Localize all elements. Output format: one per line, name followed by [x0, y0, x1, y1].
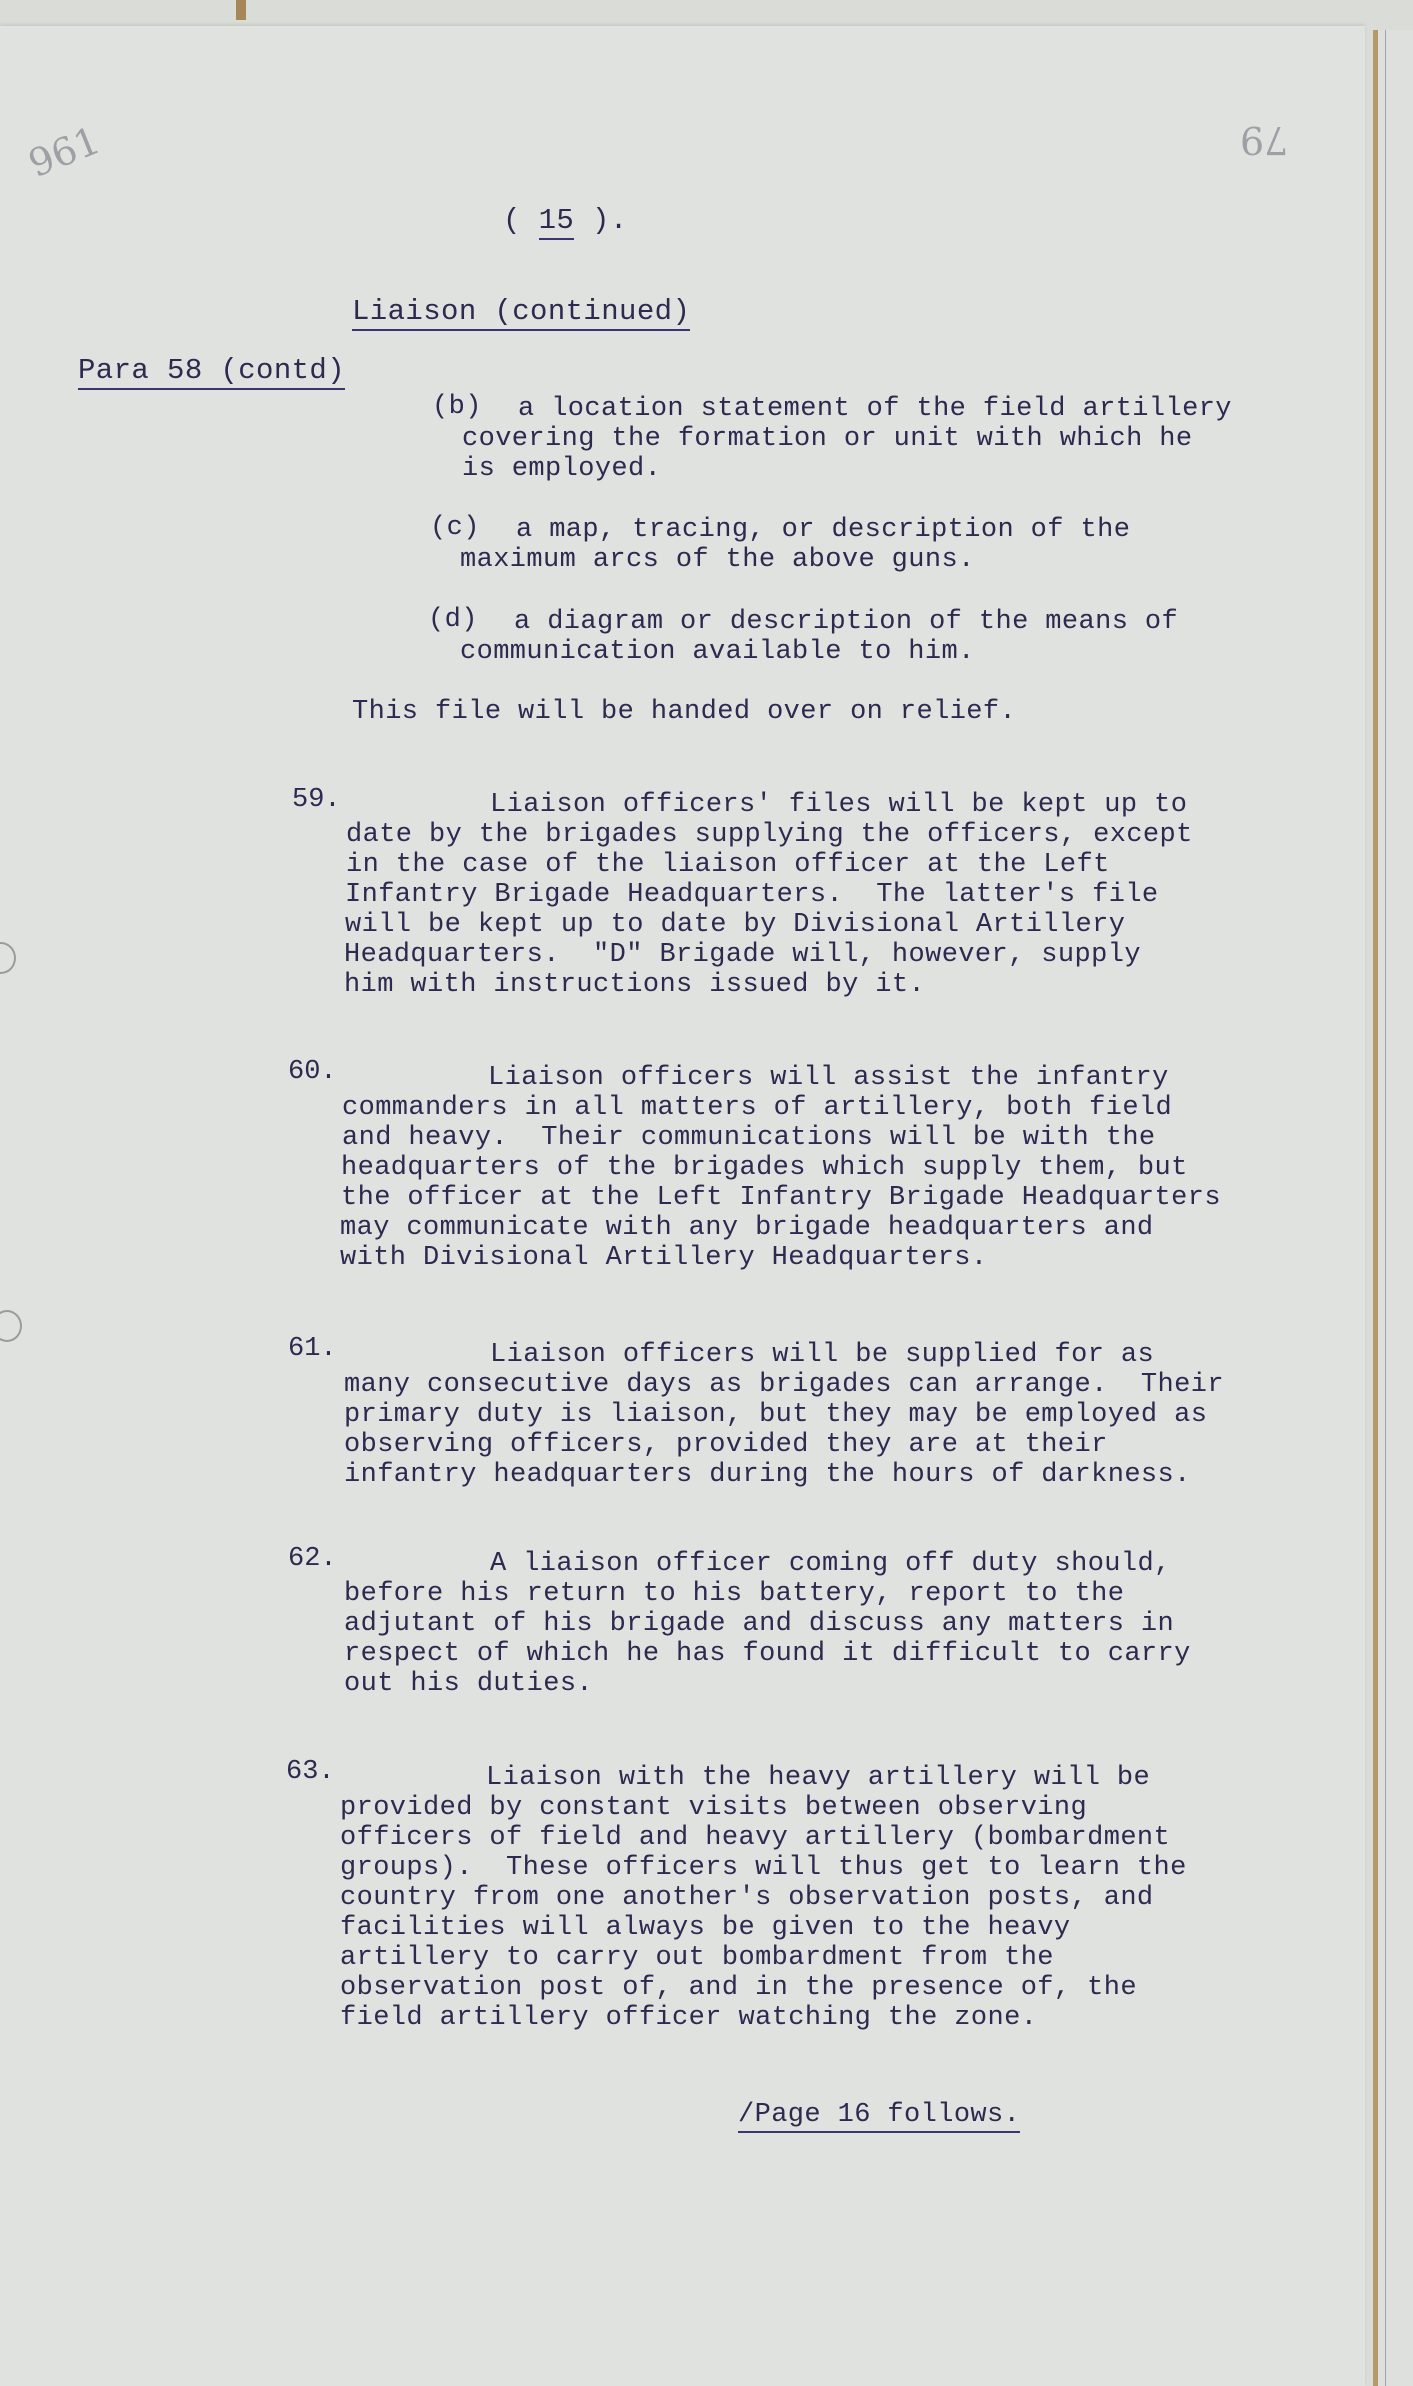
- sub-item-label: (b): [432, 392, 482, 422]
- sub-item-line: maximum arcs of the above guns.: [460, 545, 975, 575]
- sub-item-label: (d): [428, 605, 478, 635]
- sub-item-line: is employed.: [462, 454, 661, 484]
- paragraph-line: Headquarters. "D" Brigade will, however,…: [344, 940, 1141, 970]
- paragraph-line: A liaison officer coming off duty should…: [490, 1549, 1171, 1579]
- paragraph-line: groups). These officers will thus get to…: [340, 1853, 1187, 1883]
- paragraph-line: Infantry Brigade Headquarters. The latte…: [345, 880, 1159, 910]
- paragraph-line: artillery to carry out bombardment from …: [340, 1943, 1054, 1973]
- page-edge: [1373, 30, 1378, 2386]
- paragraph-line: out his duties.: [344, 1669, 593, 1699]
- paragraph-number: 63.: [286, 1757, 335, 1787]
- paragraph-line: adjutant of his brigade and discuss any …: [344, 1609, 1174, 1639]
- para-continued-label: Para 58 (contd): [78, 356, 345, 386]
- paragraph-line: officers of field and heavy artillery (b…: [340, 1823, 1170, 1853]
- paragraph-line: date by the brigades supplying the offic…: [346, 820, 1193, 850]
- sub-item-line: a diagram or description of the means of: [514, 607, 1178, 637]
- paragraph-line: respect of which he has found it difficu…: [344, 1639, 1191, 1669]
- paragraph-line: Liaison officers will assist the infantr…: [488, 1063, 1169, 1093]
- paragraph-line: headquarters of the brigades which suppl…: [341, 1153, 1188, 1183]
- paragraph-line: in the case of the liaison officer at th…: [346, 850, 1110, 880]
- paragraph-line: facilities will always be given to the h…: [340, 1913, 1071, 1943]
- paragraph-line: with Divisional Artillery Headquarters.: [340, 1243, 988, 1273]
- underlying-page: [1378, 30, 1413, 2386]
- paragraph-line: the officer at the Left Infantry Brigade…: [341, 1183, 1221, 1213]
- paragraph-line: Liaison officers' files will be kept up …: [490, 790, 1187, 820]
- handover-note: This file will be handed over on relief.: [352, 697, 1016, 727]
- sub-item-line: communication available to him.: [460, 637, 975, 667]
- binder-tab: [236, 0, 246, 20]
- section-heading: Liaison (continued): [352, 297, 690, 327]
- paragraph-line: primary duty is liaison, but they may be…: [344, 1400, 1207, 1430]
- paragraph-line: many consecutive days as brigades can ar…: [344, 1370, 1224, 1400]
- paragraph-line: observing officers, provided they are at…: [344, 1430, 1108, 1460]
- paragraph-line: before his return to his battery, report…: [344, 1579, 1124, 1609]
- paragraph-line: commanders in all matters of artillery, …: [342, 1093, 1172, 1123]
- sub-item-line: a location statement of the field artill…: [518, 394, 1232, 424]
- sub-item-line: a map, tracing, or description of the: [516, 515, 1130, 545]
- paragraph-line: country from one another's observation p…: [340, 1883, 1154, 1913]
- page-number-value: 15: [539, 204, 575, 240]
- paragraph-number: 60.: [288, 1057, 337, 1087]
- sub-item-line: covering the formation or unit with whic…: [462, 424, 1193, 454]
- page-edge-shadow: [1385, 30, 1386, 2386]
- paragraph-number: 61.: [288, 1334, 337, 1364]
- paragraph-number: 59.: [292, 785, 341, 815]
- paragraph-line: may communicate with any brigade headqua…: [340, 1213, 1154, 1243]
- paragraph-line: infantry headquarters during the hours o…: [344, 1460, 1191, 1490]
- paragraph-line: Liaison officers will be supplied for as: [490, 1340, 1154, 1370]
- paragraph-line: will be kept up to date by Divisional Ar…: [345, 910, 1125, 940]
- paragraph-line: him with instructions issued by it.: [344, 970, 925, 1000]
- paragraph-number: 62.: [288, 1544, 337, 1574]
- paragraph-line: field artillery officer watching the zon…: [340, 2003, 1037, 2033]
- page-number: ( 15 ).: [503, 206, 628, 236]
- page-follows-note: /Page 16 follows.: [738, 2100, 1020, 2130]
- sub-item-label: (c): [430, 513, 480, 543]
- archive-pencil-number-right: 79: [1240, 118, 1288, 162]
- paragraph-line: and heavy. Their communications will be …: [342, 1123, 1156, 1153]
- paragraph-line: observation post of, and in the presence…: [340, 1973, 1137, 2003]
- paragraph-line: Liaison with the heavy artillery will be: [486, 1763, 1150, 1793]
- paragraph-line: provided by constant visits between obse…: [340, 1793, 1087, 1823]
